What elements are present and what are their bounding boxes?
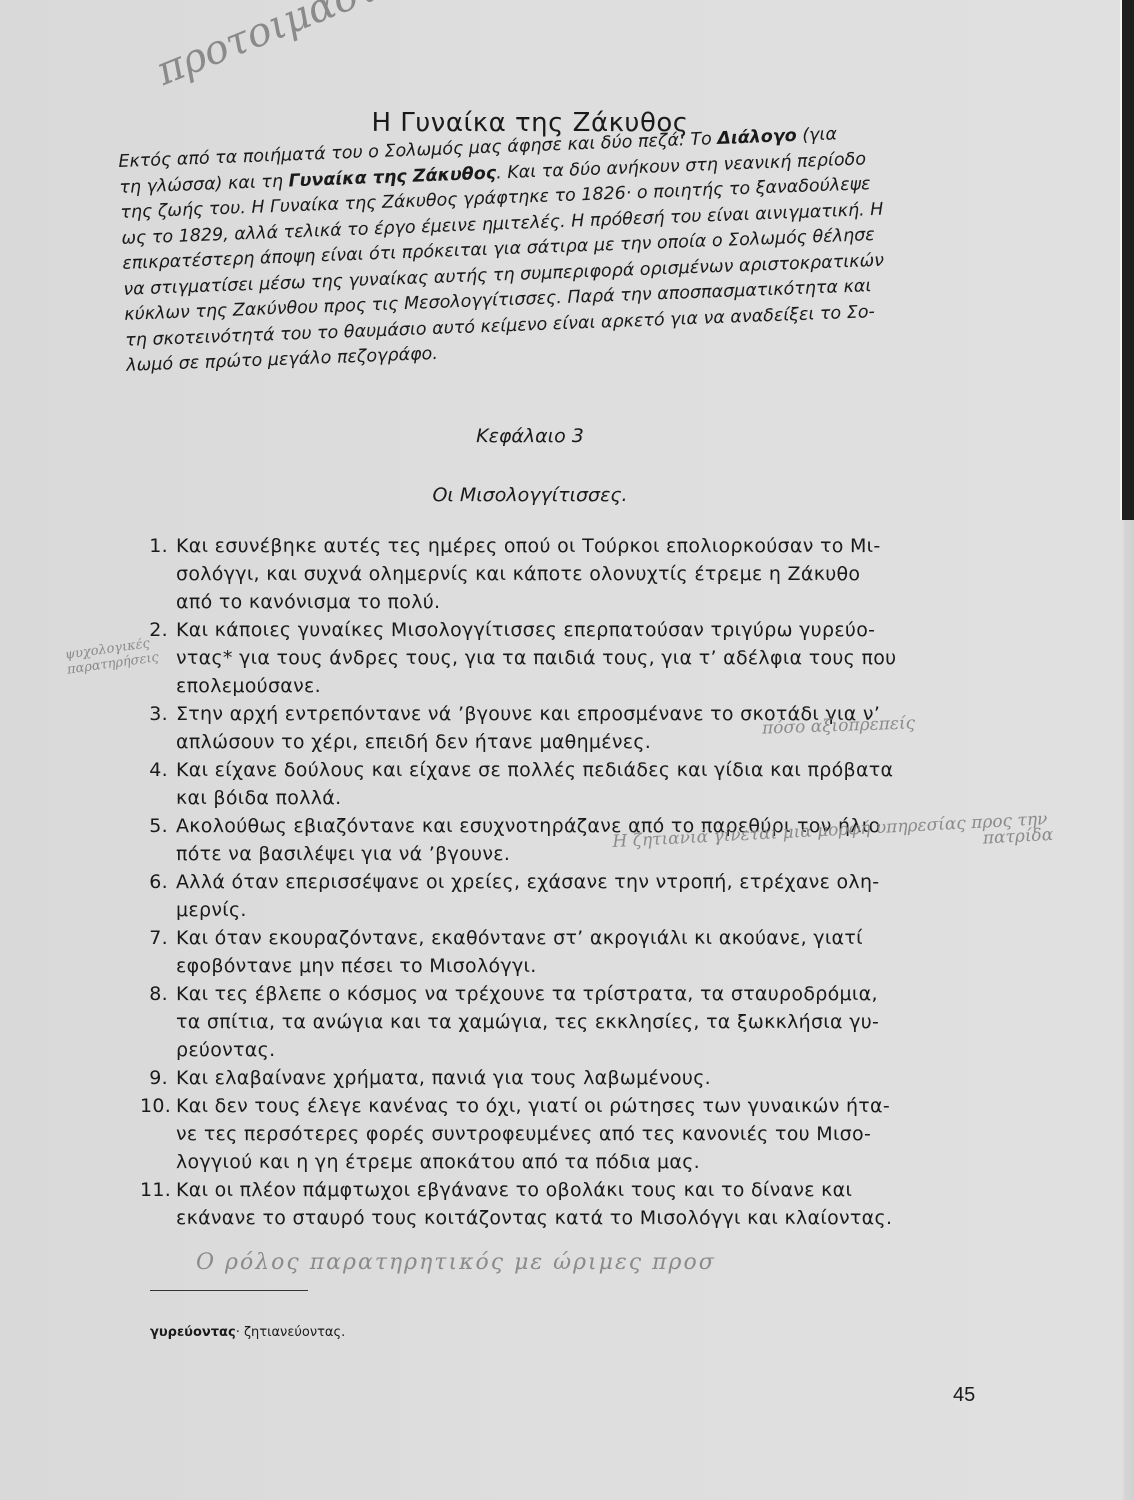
verse-line: ντας* για τους άνδρες τους, για τα παιδι… bbox=[176, 644, 960, 672]
verse-line: και βόιδα πολλά. bbox=[176, 784, 960, 812]
verse-item: 9.Και ελαβαίνανε χρήματα, πανιά για τους… bbox=[140, 1064, 960, 1092]
verse-line: τα σπίτια, τα ανώγια και τα χαμώγια, τες… bbox=[176, 1008, 960, 1036]
verse-number: 9. bbox=[140, 1064, 168, 1092]
footnote-definition: ζητιανεύοντας. bbox=[244, 1325, 345, 1340]
verse-item: 10.Και δεν τους έλεγε κανένας το όχι, γι… bbox=[140, 1092, 960, 1176]
page-number: 45 bbox=[953, 1384, 975, 1407]
footnote-separator: · bbox=[236, 1325, 244, 1340]
verse-line: νε τες περσότερες φορές συντροφευμένες α… bbox=[176, 1120, 960, 1148]
verse-line: από το κανόνισμα το πολύ. bbox=[176, 588, 960, 616]
verse-number: 4. bbox=[140, 756, 168, 784]
section-heading: Οι Μισολογγίτισσες. bbox=[0, 484, 1060, 506]
verse-item: 11.Και οι πλέον πάμφτωχοι εβγάνανε το οβ… bbox=[140, 1176, 960, 1232]
intro-paragraph: Εκτός από τα ποιήματά του ο Σολωμός μας … bbox=[118, 117, 986, 379]
bold-title: Διάλογο bbox=[717, 126, 797, 149]
page-edge bbox=[1124, 520, 1134, 1500]
handwritten-note-top: προτοιμασία bbox=[150, 0, 407, 95]
verse-line: Και είχανε δούλους και είχανε σε πολλές … bbox=[176, 756, 960, 784]
verse-number: 7. bbox=[140, 924, 168, 952]
verse-line: μερνίς. bbox=[176, 896, 960, 924]
verse-item: 1.Και εσυνέβηκε αυτές τες ημέρες οπού οι… bbox=[140, 532, 960, 616]
verse-number: 5. bbox=[140, 812, 168, 840]
verse-number: 8. bbox=[140, 980, 168, 1008]
book-page: προτοιμασία Η Γυναίκα της Ζάκυθος Εκτός … bbox=[0, 0, 1122, 1500]
chapter-heading: Κεφάλαιο 3 bbox=[0, 425, 1060, 447]
verse-line: εκάνανε το σταυρό τους κοιτάζοντας κατά … bbox=[176, 1204, 960, 1232]
verse-line: Και κάποιες γυναίκες Μισολογγίτισσες επε… bbox=[176, 616, 960, 644]
verse-number: 10. bbox=[140, 1092, 168, 1120]
handwritten-note-bottom: Ο ρόλος παρατηρητικός με ώριμες προσ bbox=[196, 1250, 716, 1275]
verse-item: 2.Και κάποιες γυναίκες Μισολογγίτισσες ε… bbox=[140, 616, 960, 700]
verse-line: Αλλά όταν επερισσέψανε οι χρείες, εχάσαν… bbox=[176, 868, 960, 896]
verse-line: Και οι πλέον πάμφτωχοι εβγάνανε το οβολά… bbox=[176, 1176, 960, 1204]
verse-line: Και ελαβαίνανε χρήματα, πανιά για τους λ… bbox=[176, 1064, 960, 1092]
verse-line: σολόγγι, και συχνά ολημερνίς και κάποτε … bbox=[176, 560, 960, 588]
verse-item: 4.Και είχανε δούλους και είχανε σε πολλέ… bbox=[140, 756, 960, 812]
verse-number: 1. bbox=[140, 532, 168, 560]
verse-line: Και εσυνέβηκε αυτές τες ημέρες οπού οι Τ… bbox=[176, 532, 960, 560]
footnote-term: γυρεύοντας bbox=[150, 1325, 236, 1340]
page-edge-shadow bbox=[1120, 0, 1134, 520]
verse-number: 3. bbox=[140, 700, 168, 728]
footnote-divider bbox=[150, 1290, 308, 1291]
footnote: γυρεύοντας· ζητιανεύοντας. bbox=[150, 1325, 345, 1340]
verse-line: λογγιού και η γη έτρεμε αποκάτου από τα … bbox=[176, 1148, 960, 1176]
verse-line: Και δεν τους έλεγε κανένας το όχι, γιατί… bbox=[176, 1092, 960, 1120]
verse-item: 6.Αλλά όταν επερισσέψανε οι χρείες, εχάσ… bbox=[140, 868, 960, 924]
verse-line: Και τες έβλεπε ο κόσμος να τρέχουνε τα τ… bbox=[176, 980, 960, 1008]
verse-line: επολεμούσανε. bbox=[176, 672, 960, 700]
verse-number: 6. bbox=[140, 868, 168, 896]
verse-item: 8.Και τες έβλεπε ο κόσμος να τρέχουνε τα… bbox=[140, 980, 960, 1064]
verse-number: 11. bbox=[140, 1176, 168, 1204]
verse-line: εφοβόντανε μην πέσει το Μισολόγγι. bbox=[176, 952, 960, 980]
verse-line: ρεύοντας. bbox=[176, 1036, 960, 1064]
verse-line: Και όταν εκουραζόντανε, εκαθόντανε στ’ α… bbox=[176, 924, 960, 952]
numbered-verses: 1.Και εσυνέβηκε αυτές τες ημέρες οπού οι… bbox=[140, 532, 960, 1232]
verse-item: 7.Και όταν εκουραζόντανε, εκαθόντανε στ’… bbox=[140, 924, 960, 980]
